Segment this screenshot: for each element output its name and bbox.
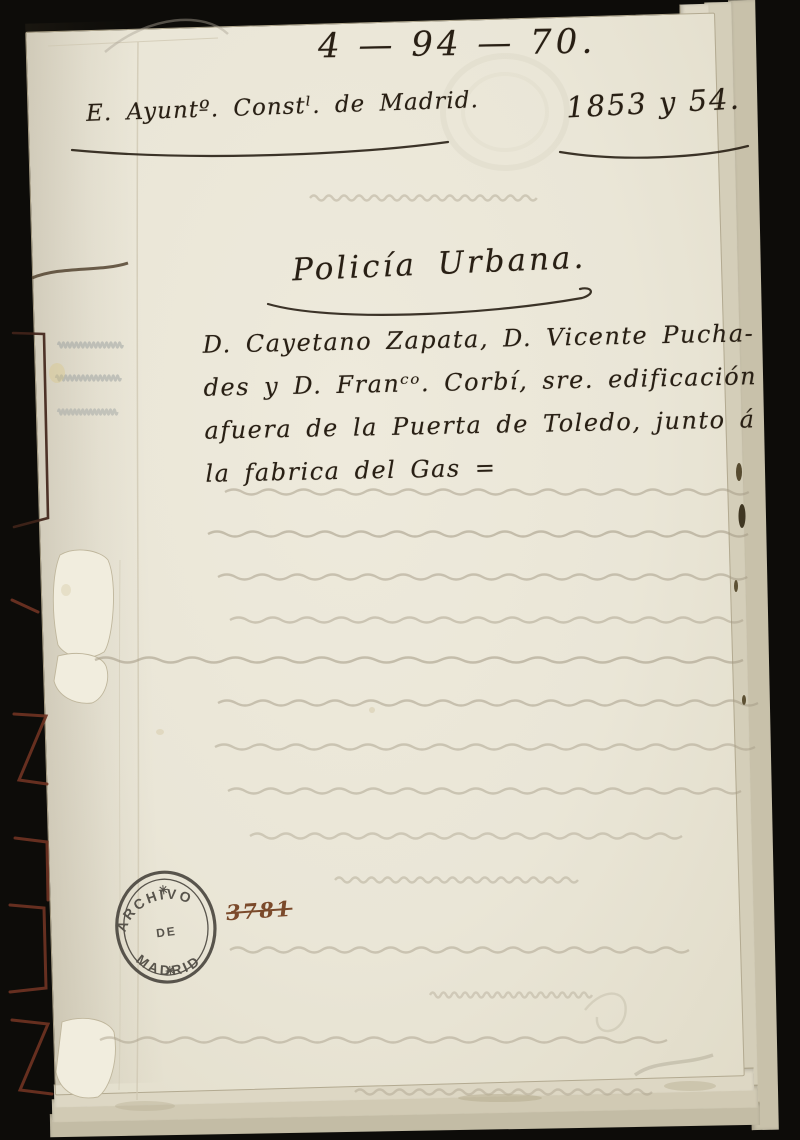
stamp-text-middle: DE	[155, 924, 177, 940]
scanned-manuscript: 4 — 94 — 70. E. Ayuntº. Constˡ. de Madri…	[0, 0, 800, 1140]
archive-stamp: ✳ ARCHIVO DE MADRID ✳	[105, 862, 229, 995]
stamp-text-top: ARCHIVO	[109, 882, 200, 935]
stamp-star-bottom-icon: ✳	[164, 963, 176, 978]
crossed-out-number: 3781	[225, 896, 293, 926]
reference-number: 4 — 94 — 70.	[318, 22, 597, 67]
body-paragraph: D. Cayetano Zapata, D. Vicente Pucha- de…	[202, 312, 759, 496]
